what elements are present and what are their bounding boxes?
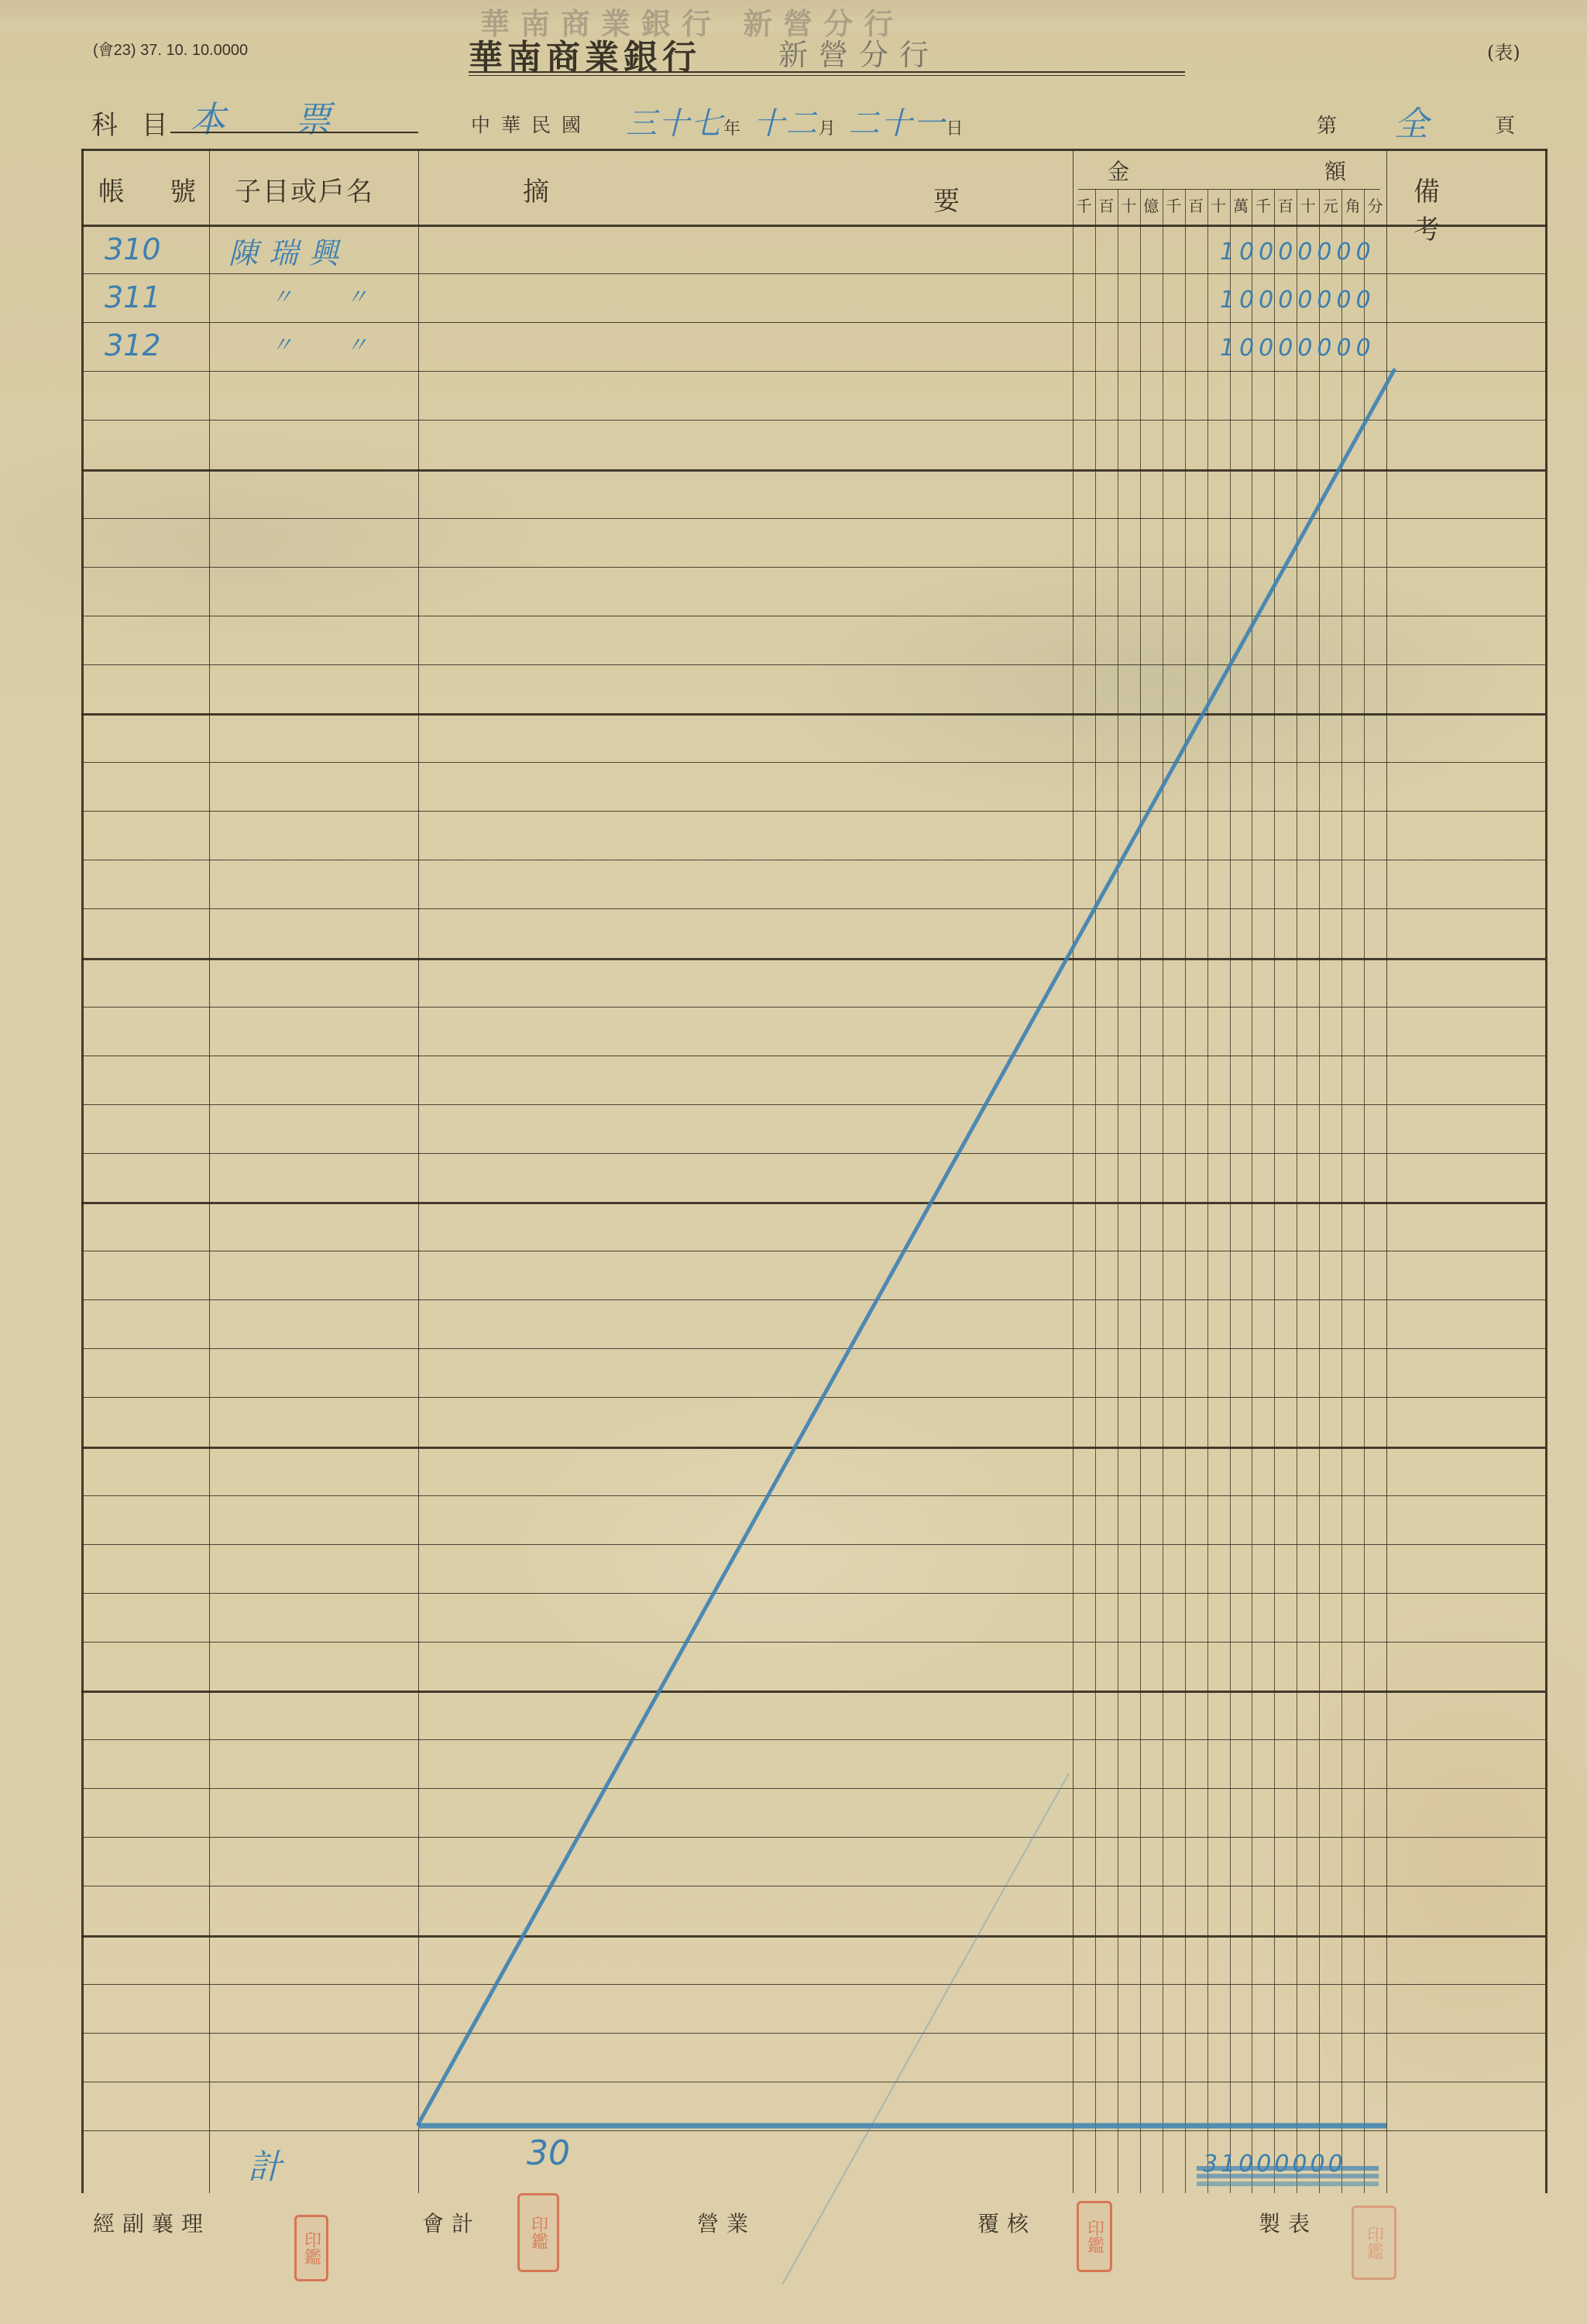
row-divider (81, 1886, 1545, 1886)
row-divider (81, 1691, 1545, 1693)
seal-manager: 印鑑 (294, 2215, 328, 2281)
title-underline (469, 71, 1185, 73)
amount-digit-header: 十 (1207, 194, 1230, 216)
row-divider (81, 1202, 1545, 1204)
amount-digit-divider (1185, 189, 1186, 2193)
header-remarks: 備 考 (1414, 170, 1547, 246)
amount-digit-divider (1319, 189, 1320, 2193)
signatory-business-label: 營業 (697, 2207, 756, 2238)
date-year-unit: 年 (723, 119, 742, 139)
total-count: 30 (527, 2133, 570, 2173)
amount-digit-header: 分 (1364, 194, 1386, 216)
table-right-border (1545, 149, 1547, 2193)
date-month-unit: 月 (819, 119, 837, 139)
row-divider (81, 1642, 1545, 1643)
amount-digit-header: 千 (1163, 194, 1185, 216)
row-divider (81, 1593, 1545, 1594)
subject-value[interactable]: 本票 (190, 91, 400, 142)
ledger-table: 帳 號 子目或戶名 摘 要 金 額 備 考 千百十億千百十萬千百十元角分 310… (81, 149, 1547, 2193)
page-unit: 頁 (1495, 110, 1515, 139)
row-divider (81, 1447, 1545, 1449)
row-divider (81, 1837, 1545, 1838)
branch-name: 新營分行 (778, 31, 939, 74)
row-divider (81, 2130, 1545, 2131)
amount-digit-header: 十 (1118, 194, 1140, 216)
amount-digit-divider (1341, 189, 1342, 2193)
signatory-review-label: 覆核 (977, 2207, 1036, 2238)
row-divider (81, 811, 1545, 812)
header-amount-left: 金 (1108, 155, 1129, 186)
row-divider (81, 860, 1545, 860)
row-divider (81, 1935, 1545, 1938)
row-2-account-no[interactable]: 311 (105, 280, 161, 314)
row-divider (81, 1348, 1545, 1349)
header-account-no: 帳 號 (98, 170, 205, 208)
form-code: (會23) 37. 10. 10.0000 (93, 37, 248, 60)
date-era-prefix: 中華民國 (471, 110, 592, 138)
header-summary-right: 要 (933, 180, 960, 218)
row-3-name[interactable]: 〃 〃 (271, 328, 391, 359)
amount-digit-header: 百 (1095, 194, 1118, 216)
row-divider (81, 420, 1545, 421)
row-divider (81, 713, 1545, 716)
row-divider (81, 1007, 1545, 1008)
row-divider (81, 371, 1545, 372)
amount-digit-header: 千 (1073, 194, 1095, 216)
seal-accounting: 印鑑 (517, 2193, 559, 2272)
seal-review: 印鑑 (1077, 2201, 1112, 2272)
total-amount: 31000000 (1203, 2151, 1346, 2178)
row-divider (81, 1251, 1545, 1251)
amount-digit-divider (1252, 189, 1252, 2193)
row-divider (81, 273, 1545, 274)
amount-digit-divider (1230, 189, 1231, 2193)
table-top-border (81, 149, 1547, 151)
row-1-name[interactable]: 陳瑞興 (228, 229, 349, 272)
row-3-amount[interactable]: 10000000 (1220, 335, 1376, 362)
row-divider (81, 908, 1545, 909)
amount-digit-divider (1297, 189, 1297, 2193)
amount-digit-header: 千 (1252, 194, 1274, 216)
seal-preparer: 印鑑 (1352, 2206, 1396, 2280)
row-divider (81, 1153, 1545, 1154)
row-divider (81, 1984, 1545, 1985)
date-day-unit: 日 (946, 119, 964, 139)
row-divider (81, 616, 1545, 616)
subject-underline (170, 132, 418, 133)
row-2-name[interactable]: 〃 〃 (271, 280, 391, 311)
header-amount-right: 額 (1324, 155, 1346, 186)
amount-digit-header: 億 (1140, 194, 1163, 216)
amount-digit-header: 百 (1185, 194, 1207, 216)
amount-digit-divider (1095, 189, 1096, 2193)
row-divider (81, 958, 1545, 960)
amount-digit-divider (1140, 189, 1141, 2193)
row-divider (81, 1739, 1545, 1740)
row-divider (81, 1397, 1545, 1398)
row-divider (81, 518, 1545, 519)
header-summary-left: 摘 (523, 170, 549, 208)
amount-digit-divider (1207, 189, 1208, 2193)
row-divider (81, 1104, 1545, 1105)
amount-digit-divider (1118, 189, 1118, 2193)
row-divider (81, 664, 1545, 665)
row-divider (81, 1495, 1545, 1496)
amount-digit-header: 十 (1297, 194, 1319, 216)
row-divider (81, 762, 1545, 763)
date-field[interactable]: 三十七年 十二月 二十一日 (626, 99, 964, 143)
row-divider (81, 2082, 1545, 2082)
amount-digit-header: 百 (1274, 194, 1297, 216)
subject-label: 科 目 (91, 104, 176, 142)
form-type: (表) (1487, 37, 1520, 64)
title-underline-secondary (469, 75, 1185, 76)
row-divider (81, 2033, 1545, 2034)
signatory-manager-label: 經副襄理 (93, 2207, 211, 2238)
date-month: 十二 (754, 106, 819, 142)
signatory-accounting-label: 會計 (422, 2207, 481, 2238)
page-label: 第 (1317, 110, 1337, 139)
amount-digit-divider (1163, 189, 1163, 2193)
row-3-account-no[interactable]: 312 (105, 328, 161, 362)
row-1-amount[interactable]: 10000000 (1220, 239, 1376, 266)
amount-digit-header: 元 (1319, 194, 1341, 216)
amount-digit-header: 角 (1341, 194, 1364, 216)
date-year: 三十七 (626, 106, 723, 142)
row-divider (81, 567, 1545, 568)
amount-digit-header: 萬 (1230, 194, 1252, 216)
row-1-account-no[interactable]: 310 (105, 232, 161, 266)
page-value[interactable]: 全 (1394, 96, 1428, 146)
header-sub-item-or-name: 子目或戶名 (235, 170, 374, 208)
row-divider (81, 469, 1545, 472)
row-divider (81, 1788, 1545, 1789)
amount-digit-divider (1274, 189, 1275, 2193)
row-divider (81, 1544, 1545, 1545)
header-bottom-border (81, 225, 1547, 227)
total-label: 計 (248, 2139, 282, 2188)
row-divider (81, 1299, 1545, 1300)
amount-digit-divider (1364, 189, 1365, 2193)
date-day: 二十一 (848, 106, 946, 142)
signatory-preparer-label: 製表 (1259, 2207, 1317, 2238)
row-divider (81, 322, 1545, 323)
row-2-amount[interactable]: 10000000 (1220, 287, 1376, 314)
row-divider (81, 1056, 1545, 1056)
